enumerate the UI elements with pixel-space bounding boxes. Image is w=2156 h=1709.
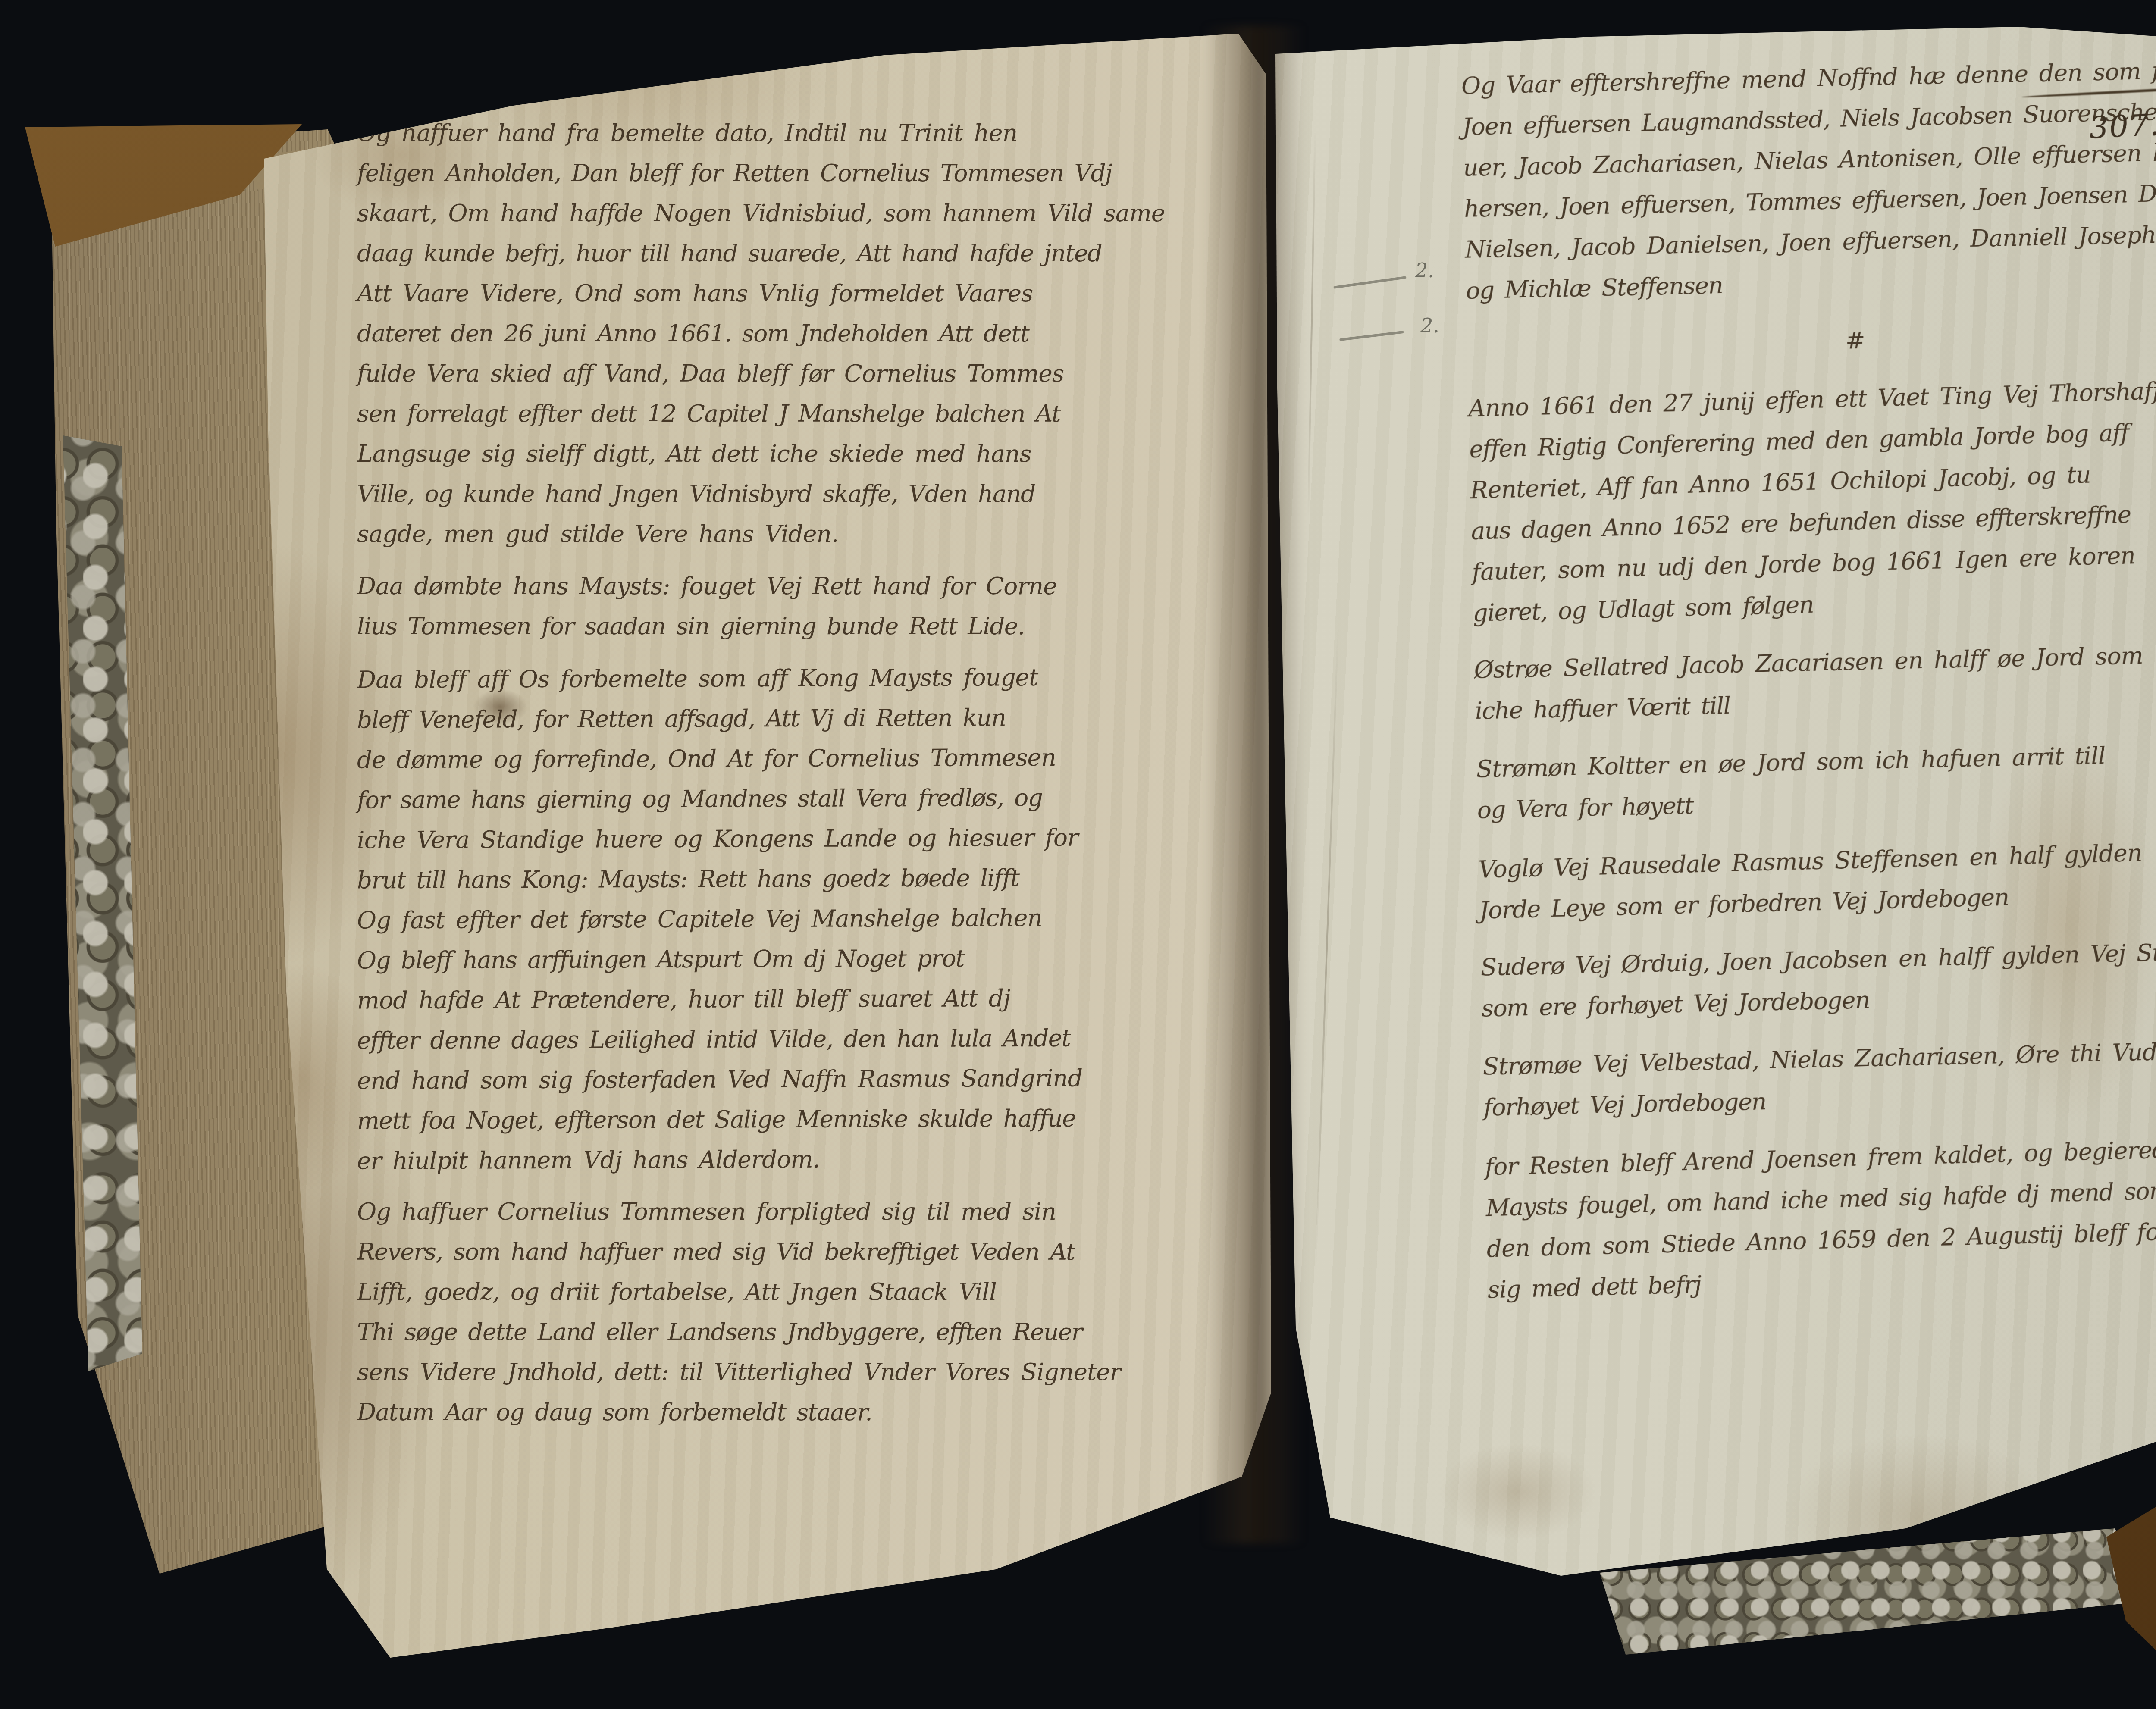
manuscript-paragraph: Og haffuer hand fra bemelte dato, Indtil… bbox=[357, 113, 1225, 554]
manuscript-line: Langsuge sig sielff digtt, Att dett iche… bbox=[357, 434, 1225, 474]
manuscript-paragraph: Daa bleff aff Os forbemelte som aff Kong… bbox=[357, 658, 1225, 1180]
manuscript-line: dateret den 26 juni Anno 1661. som Jndeh… bbox=[357, 313, 1225, 354]
manuscript-paragraph: # bbox=[1467, 312, 2156, 369]
manuscript-line: iche Vera Standige huere og Kongens Land… bbox=[357, 817, 1225, 860]
manuscript-line: mod hafde At Prætendere, huor till bleff… bbox=[357, 977, 1225, 1020]
manuscript-line: bleff Venefeld, for Retten affsagd, Att … bbox=[357, 697, 1225, 740]
pencil-margin-dash bbox=[1333, 276, 1406, 289]
manuscript-paragraph: Voglø Vej Rausedale Rasmus Steffensen en… bbox=[1478, 831, 2156, 930]
manuscript-line: Lifft, goedz, og driit fortabelse, Att J… bbox=[357, 1272, 1225, 1312]
manuscript-line: Og haffuer Cornelius Tommesen forpligted… bbox=[357, 1192, 1225, 1232]
page-crease bbox=[1307, 129, 1316, 517]
manuscript-line: feligen Anholden, Dan bleff for Retten C… bbox=[357, 153, 1225, 193]
manuscript-paragraph: Suderø Vej Ørduig, Joen Jacobsen en half… bbox=[1480, 930, 2156, 1029]
book-gutter-shadow bbox=[1203, 26, 1304, 1543]
manuscript-paragraph: Strømøe Vej Velbestad, Nielas Zachariase… bbox=[1482, 1029, 2156, 1128]
pencil-margin-number: 2. bbox=[1415, 259, 1434, 282]
manuscript-line: Att Vaare Videre, Ond som hans Vnlig for… bbox=[357, 273, 1225, 313]
ink-flourish-stroke bbox=[320, 82, 466, 98]
manuscript-line: Og fast effter det første Capitele Vej M… bbox=[357, 897, 1225, 940]
manuscript-line: for same hans gierning og Mandnes stall … bbox=[357, 777, 1225, 820]
manuscript-line: Daa dømbte hans Maysts: fouget Vej Rett … bbox=[357, 566, 1225, 606]
manuscript-line: skaart, Om hand haffde Nogen Vidnisbiud,… bbox=[357, 193, 1225, 233]
manuscript-line: mett foa Noget, effterson det Salige Men… bbox=[357, 1098, 1225, 1141]
pencil-margin-dash bbox=[1339, 331, 1404, 341]
manuscript-line: Og bleff hans arffuingen Atspurt Om dj N… bbox=[357, 937, 1225, 980]
page-crease bbox=[1315, 625, 1339, 1271]
manuscript-line: brut till hans Kong: Maysts: Rett hans g… bbox=[357, 857, 1225, 900]
manuscript-paragraph: Og haffuer Cornelius Tommesen forpligted… bbox=[357, 1192, 1225, 1432]
manuscript-line: de dømme og forrefinde, Ond At for Corne… bbox=[357, 737, 1225, 780]
manuscript-line: Thi søge dette Land eller Landsens Jndby… bbox=[357, 1312, 1225, 1352]
manuscript-line: lius Tommesen for saadan sin gierning bu… bbox=[357, 606, 1225, 646]
manuscript-paragraph: for Resten bleff Arend Joensen frem kald… bbox=[1485, 1128, 2156, 1309]
manuscript-line: sen forrelagt effter dett 12 Capitel J M… bbox=[357, 394, 1225, 434]
manuscript-line: daag kunde befrj, huor till hand suarede… bbox=[357, 233, 1225, 273]
manuscript-line: Daa bleff aff Os forbemelte som aff Kong… bbox=[357, 657, 1225, 700]
manuscript-line: end hand som sig fosterfaden Ved Naffn R… bbox=[357, 1058, 1225, 1101]
manuscript-line: er hiulpit hannem Vdj hans Alderdom. bbox=[357, 1138, 1225, 1181]
manuscript-line: # bbox=[1467, 312, 2156, 369]
manuscript-line: fulde Vera skied aff Vand, Daa bleff før… bbox=[357, 354, 1225, 394]
photo-background: 306. Og haffuer hand fra bemelte dato, I… bbox=[0, 0, 2156, 1709]
manuscript-paragraph: Daa dømbte hans Maysts: fouget Vej Rett … bbox=[357, 566, 1225, 646]
manuscript-paragraph: Og Vaar efftershreffne mend Noffnd hæ de… bbox=[1461, 49, 2156, 311]
manuscript-line: Ville, og kunde hand Jngen Vidnisbyrd sk… bbox=[357, 474, 1225, 514]
manuscript-line: Datum Aar og daug som forbemeldt staaer. bbox=[357, 1392, 1225, 1432]
manuscript-line: sagde, men gud stilde Vere hans Viden. bbox=[357, 514, 1225, 554]
right-page-text: Og Vaar efftershreffne mend Noffnd hæ de… bbox=[1461, 49, 2156, 1309]
manuscript-line: sens Videre Jndhold, dett: til Vitterlig… bbox=[357, 1352, 1225, 1392]
manuscript-paragraph: Strømøn Koltter en øe Jord som ich hafue… bbox=[1476, 732, 2156, 830]
left-page-text: Og haffuer hand fra bemelte dato, Indtil… bbox=[357, 113, 1225, 1432]
manuscript-line: Og haffuer hand fra bemelte dato, Indtil… bbox=[357, 113, 1225, 153]
pencil-margin-number: 2. bbox=[1420, 314, 1439, 337]
manuscript-paragraph: Anno 1661 den 27 junij effen ett Vaet Ti… bbox=[1468, 370, 2156, 632]
manuscript-line: effter denne dages Leilighed intid Vilde… bbox=[357, 1017, 1225, 1061]
manuscript-paragraph: Østrøe Sellatred Jacob Zacariasen en hal… bbox=[1474, 632, 2156, 731]
manuscript-line: Revers, som hand haffuer med sig Vid bek… bbox=[357, 1232, 1225, 1272]
